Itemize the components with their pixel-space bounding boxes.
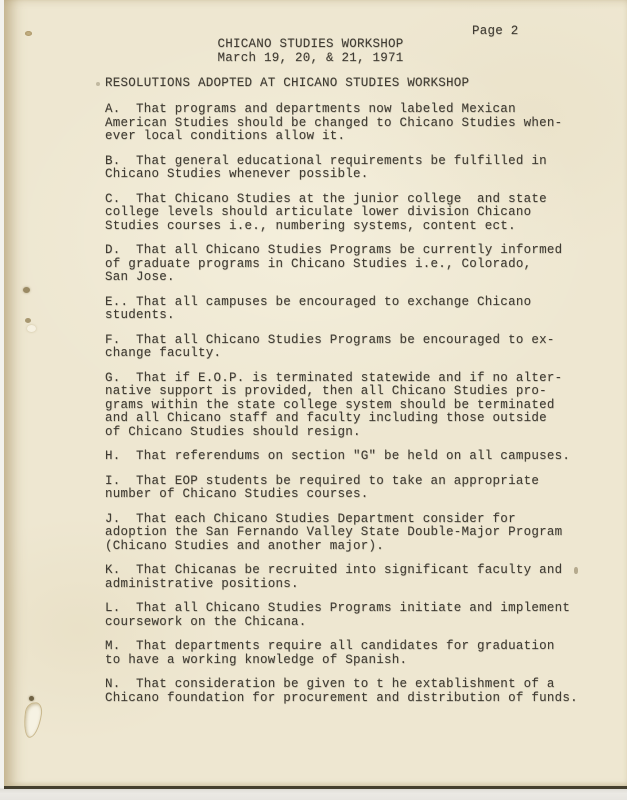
resolution-line: grams within the state college system sh… [105, 399, 615, 413]
resolution-line: (Chicano Studies and another major). [105, 540, 615, 554]
resolution-item-B: B. That general educational requirements… [105, 155, 615, 182]
resolution-line: H. That referendums on section "G" be he… [105, 450, 615, 464]
resolution-item-N: N. That consideration be given to t he e… [105, 678, 615, 705]
resolution-item-J: J. That each Chicano Studies Department … [105, 513, 615, 554]
resolution-line: Studies courses i.e., numbering systems,… [105, 220, 615, 234]
resolution-line: administrative positions. [105, 578, 615, 592]
document-page: Page 2 CHICANO STUDIES WORKSHOP March 19… [4, 0, 627, 789]
resolution-line: N. That consideration be given to t he e… [105, 678, 615, 692]
resolution-line: K. That Chicanas be recruited into signi… [105, 564, 615, 578]
resolution-line: M. That departments require all candidat… [105, 640, 615, 654]
resolution-line: I. That EOP students be required to take… [105, 475, 615, 489]
resolution-item-I: I. That EOP students be required to take… [105, 475, 615, 502]
scan-background-bottom [0, 789, 627, 800]
resolution-line: A. That programs and departments now lab… [105, 103, 615, 117]
resolution-item-E: E.. That all campuses be encouraged to e… [105, 296, 615, 323]
resolution-line: F. That all Chicano Studies Programs be … [105, 334, 615, 348]
paper-speck [25, 31, 32, 36]
staple-hole [29, 696, 34, 701]
resolution-line: L. That all Chicano Studies Programs ini… [105, 602, 615, 616]
resolution-line: D. That all Chicano Studies Programs be … [105, 244, 615, 258]
scan-background-edge [0, 0, 4, 788]
resolution-line: of graduate programs in Chicano Studies … [105, 258, 615, 272]
resolution-line: college levels should articulate lower d… [105, 206, 615, 220]
resolution-line: native support is provided, then all Chi… [105, 385, 615, 399]
resolution-line: J. That each Chicano Studies Department … [105, 513, 615, 527]
resolution-item-D: D. That all Chicano Studies Programs be … [105, 244, 615, 285]
document-title: CHICANO STUDIES WORKSHOP March 19, 20, &… [4, 38, 617, 65]
resolution-line: E.. That all campuses be encouraged to e… [105, 296, 615, 310]
resolution-item-H: H. That referendums on section "G" be he… [105, 450, 615, 464]
resolution-line: to have a working knowledge of Spanish. [105, 654, 615, 668]
resolution-item-K: K. That Chicanas be recruited into signi… [105, 564, 615, 591]
resolution-line: coursework on the Chicana. [105, 616, 615, 630]
resolution-item-G: G. That if E.O.P. is terminated statewid… [105, 372, 615, 440]
resolution-line: Chicano Studies whenever possible. [105, 168, 615, 182]
resolution-line: adoption the San Fernando Valley State D… [105, 526, 615, 540]
resolution-item-F: F. That all Chicano Studies Programs be … [105, 334, 615, 361]
section-heading: RESOLUTIONS ADOPTED AT CHICANO STUDIES W… [105, 76, 469, 90]
resolution-item-L: L. That all Chicano Studies Programs ini… [105, 602, 615, 629]
resolution-line: G. That if E.O.P. is terminated statewid… [105, 372, 615, 386]
resolution-line: of Chicano Studies should resign. [105, 426, 615, 440]
resolution-line: American Studies should be changed to Ch… [105, 117, 615, 131]
staple-tear-mark [22, 701, 44, 739]
resolution-line: ever local conditions allow it. [105, 130, 615, 144]
resolution-line: San Jose. [105, 271, 615, 285]
resolution-line: number of Chicano Studies courses. [105, 488, 615, 502]
resolution-line: B. That general educational requirements… [105, 155, 615, 169]
resolution-line: change faculty. [105, 347, 615, 361]
resolution-item-A: A. That programs and departments now lab… [105, 103, 615, 144]
document-title-line1: CHICANO STUDIES WORKSHOP [4, 38, 617, 52]
resolution-line: Chicano foundation for procurement and d… [105, 692, 615, 706]
resolution-line: and all Chicano staff and faculty includ… [105, 412, 615, 426]
scanned-document: Page 2 CHICANO STUDIES WORKSHOP March 19… [0, 0, 627, 800]
paper-speck [25, 318, 31, 323]
resolution-item-M: M. That departments require all candidat… [105, 640, 615, 667]
paper-speck [574, 567, 578, 574]
resolutions-list: A. That programs and departments now lab… [105, 103, 615, 705]
resolution-line: students. [105, 309, 615, 323]
resolution-item-C: C. That Chicano Studies at the junior co… [105, 193, 615, 234]
paper-speck [96, 82, 100, 86]
resolution-line: C. That Chicano Studies at the junior co… [105, 193, 615, 207]
document-title-line2: March 19, 20, & 21, 1971 [4, 52, 617, 66]
page-number: Page 2 [472, 24, 519, 38]
paper-speck [23, 287, 30, 293]
paper-speck [27, 325, 36, 332]
